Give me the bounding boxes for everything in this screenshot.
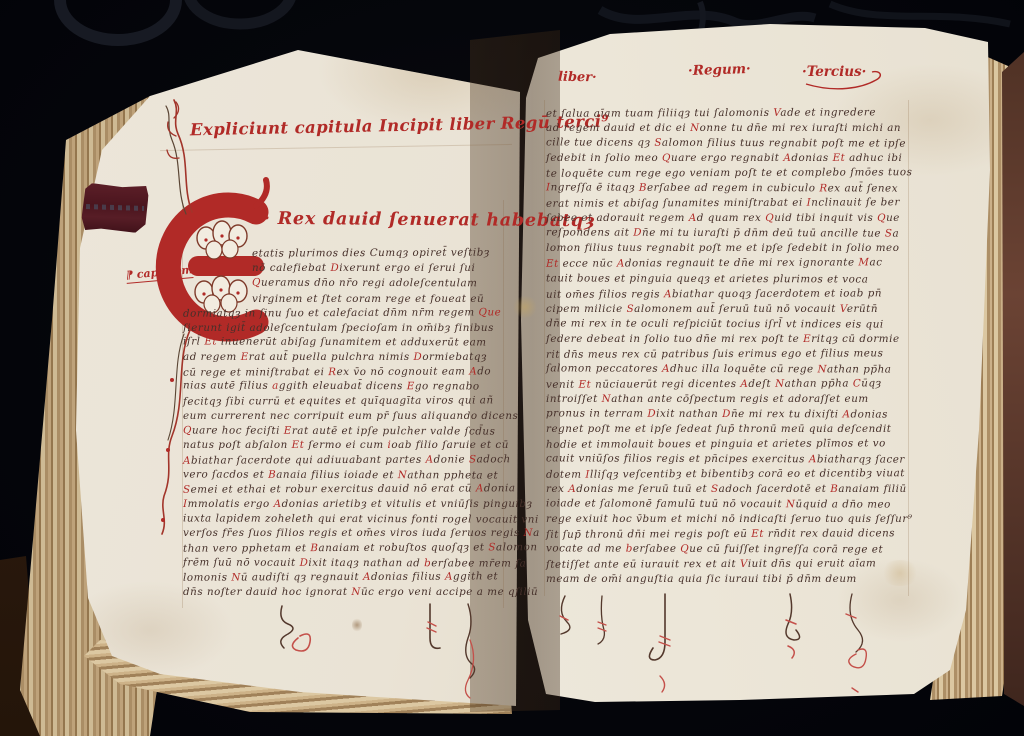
descender-flourishes (0, 0, 1024, 736)
ink-spot (352, 618, 362, 632)
foxing-stain (512, 296, 538, 318)
manuscript-photo: Expliciunt capitula Incipit liber Regū t… (0, 0, 1024, 736)
foxing-stain (880, 560, 920, 586)
